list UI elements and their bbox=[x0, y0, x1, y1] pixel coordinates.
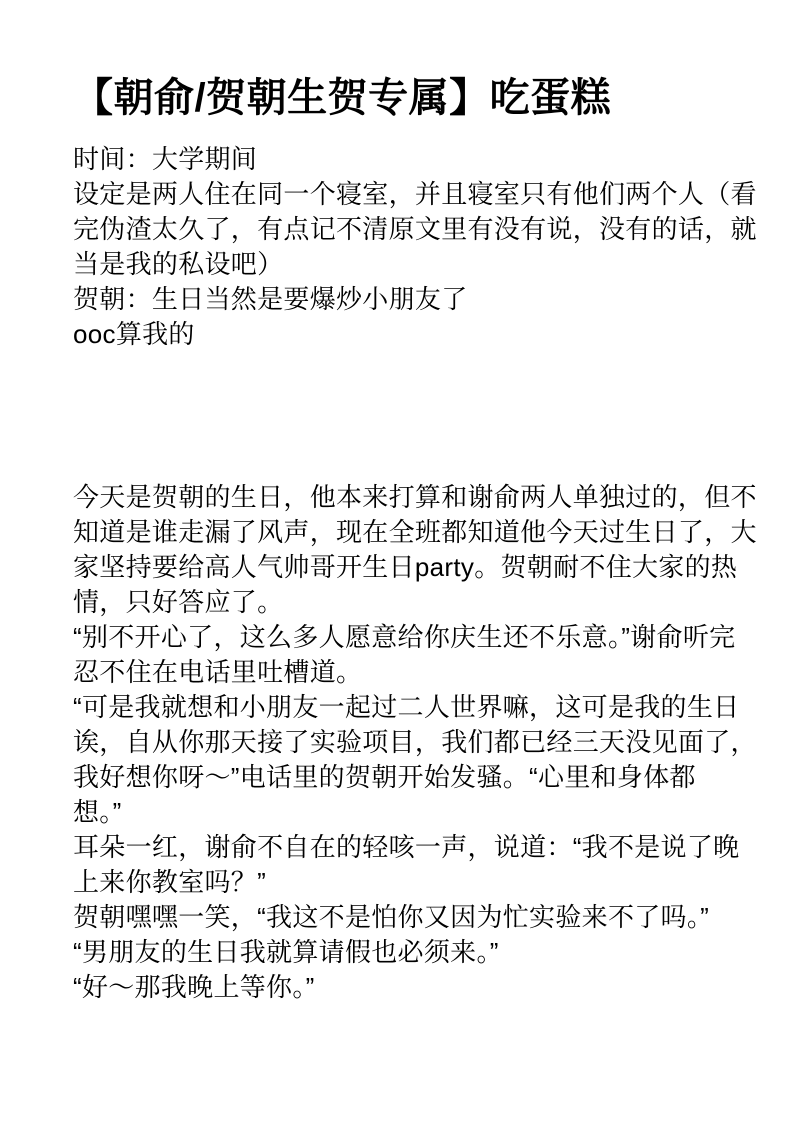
body-line: 诶，自从你那天接了实验项目，我们都已经三天没见面了， bbox=[73, 725, 742, 760]
body-line: 家坚持要给高人气帅哥开生日party。贺朝耐不住大家的热 bbox=[73, 550, 742, 585]
body-line: “别不开心了，这么多人愿意给你庆生还不乐意。”谢俞听完 bbox=[73, 620, 742, 655]
meta-line: 时间：大学期间 bbox=[73, 142, 742, 177]
body-line: 今天是贺朝的生日，他本来打算和谢俞两人单独过的，但不 bbox=[73, 480, 742, 515]
meta-line: ooc算我的 bbox=[73, 317, 742, 352]
document-page: 【朝俞/贺朝生贺专属】吃蛋糕 时间：大学期间 设定是两人住在同一个寝室，并且寝室… bbox=[0, 0, 800, 1131]
body-line: 我好想你呀～”电话里的贺朝开始发骚。“心里和身体都 bbox=[73, 760, 742, 795]
body-line: 耳朵一红，谢俞不自在的轻咳一声，说道：“我不是说了晚 bbox=[73, 830, 742, 865]
body-line: 想。” bbox=[73, 795, 742, 830]
meta-line: 设定是两人住在同一个寝室，并且寝室只有他们两个人（看 bbox=[73, 177, 742, 212]
meta-line: 当是我的私设吧） bbox=[73, 247, 742, 282]
body-line: “男朋友的生日我就算请假也必须来。” bbox=[73, 935, 742, 970]
body-line: “可是我就想和小朋友一起过二人世界嘛，这可是我的生日 bbox=[73, 690, 742, 725]
body-line: 贺朝嘿嘿一笑，“我这不是怕你又因为忙实验来不了吗。” bbox=[73, 900, 742, 935]
page-title: 【朝俞/贺朝生贺专属】吃蛋糕 bbox=[73, 74, 742, 122]
story-body: 今天是贺朝的生日，他本来打算和谢俞两人单独过的，但不 知道是谁走漏了风声，现在全… bbox=[73, 480, 742, 1005]
body-line: 情，只好答应了。 bbox=[73, 585, 742, 620]
body-line: “好～那我晚上等你。” bbox=[73, 970, 742, 1005]
meta-line: 完伪渣太久了，有点记不清原文里有没有说，没有的话，就 bbox=[73, 212, 742, 247]
meta-line: 贺朝：生日当然是要爆炒小朋友了 bbox=[73, 282, 742, 317]
meta-block: 时间：大学期间 设定是两人住在同一个寝室，并且寝室只有他们两个人（看 完伪渣太久… bbox=[73, 142, 742, 352]
body-line: 上来你教室吗？” bbox=[73, 865, 742, 900]
body-line: 忍不住在电话里吐槽道。 bbox=[73, 655, 742, 690]
body-line: 知道是谁走漏了风声，现在全班都知道他今天过生日了，大 bbox=[73, 515, 742, 550]
